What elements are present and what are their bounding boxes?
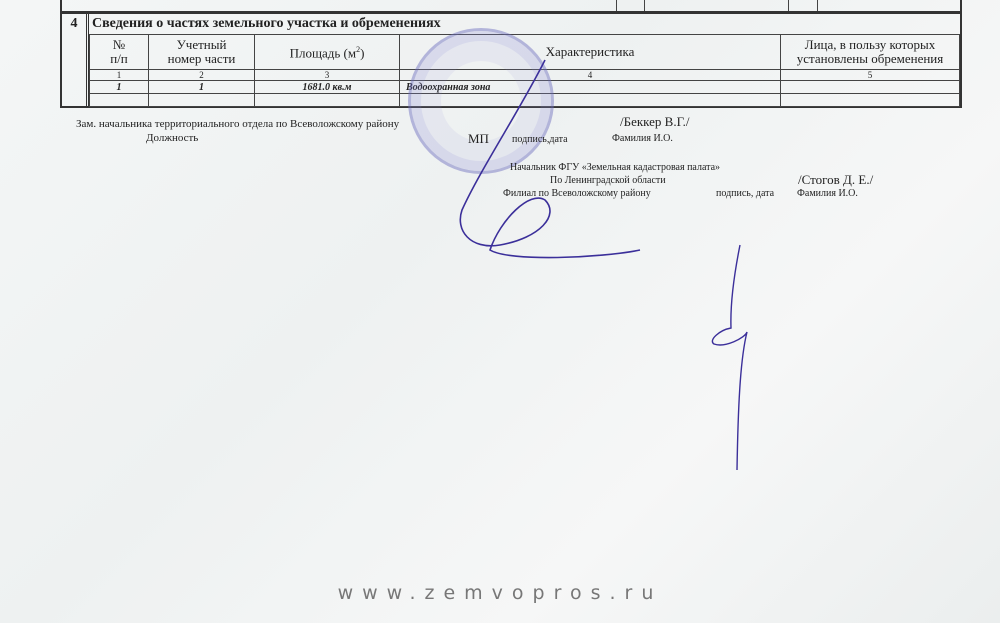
handwritten-signatures: [0, 0, 1000, 623]
watermark: www.zemvopros.ru: [0, 582, 1000, 604]
document-page: 4 Сведения о частях земельного участка и…: [0, 0, 1000, 623]
